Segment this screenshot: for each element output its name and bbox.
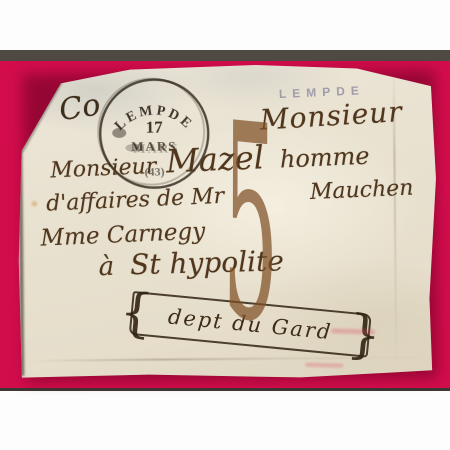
postmark-day: 17 bbox=[146, 118, 164, 137]
brace-close-glyph: } bbox=[345, 304, 384, 367]
address-mauchen-word: Mauchen bbox=[309, 176, 413, 205]
red-ink-trace bbox=[305, 363, 343, 368]
folded-letter-cover: LEMPDE 17 MARS MARS (43) LEMPDE Co Monsi… bbox=[17, 62, 440, 381]
address-homme-word: homme bbox=[279, 142, 370, 174]
photo-top-edge bbox=[0, 50, 450, 61]
address-a-word: à bbox=[98, 252, 114, 282]
brace-open-glyph: { bbox=[117, 282, 156, 345]
photo-bottom-edge bbox=[0, 388, 450, 391]
address-line-monsieur: Monsieur bbox=[259, 95, 404, 137]
address-monsieur-word: Monsieur bbox=[50, 154, 157, 184]
foxing-stain bbox=[30, 200, 39, 208]
tax-5-manuscript: 5 bbox=[222, 88, 279, 362]
ink-scribble-co: Co bbox=[57, 87, 103, 128]
listing-photo-card: LEMPDE 17 MARS MARS (43) LEMPDE Co Monsi… bbox=[0, 0, 450, 450]
ink-smudge bbox=[112, 128, 126, 138]
address-daffaires-words: d'affaires de Mr bbox=[46, 184, 225, 217]
